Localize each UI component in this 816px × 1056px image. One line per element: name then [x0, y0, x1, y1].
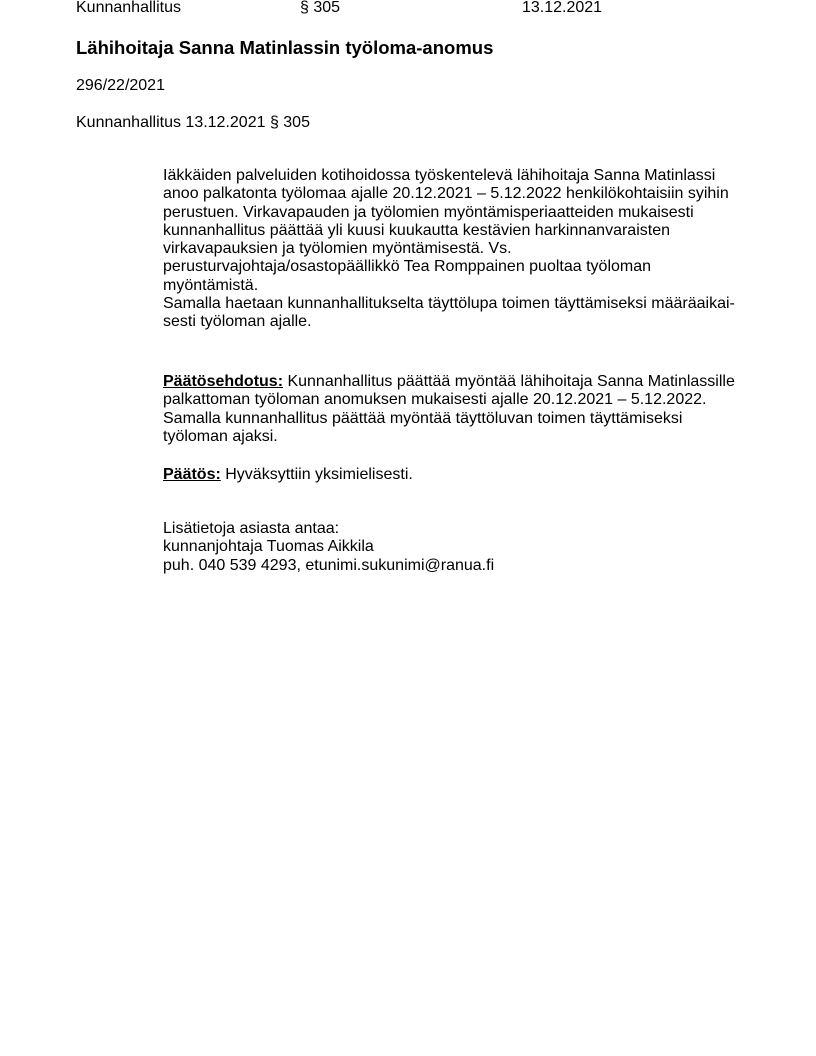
- decision-label: Päätös:: [163, 466, 221, 483]
- header-paragraph: § 305: [300, 0, 340, 18]
- header-body-name: Kunnanhallitus: [76, 0, 181, 18]
- decision-proposal: Päätösehdotus: Kunnanhallitus päättää my…: [163, 373, 763, 446]
- proposal-line: työloman ajaksi.: [163, 428, 763, 446]
- body-line: sesti työloman ajalle.: [163, 313, 763, 331]
- document-title: Lähihoitaja Sanna Matinlassin työloma-an…: [76, 37, 493, 59]
- meeting-reference: Kunnanhallitus 13.12.2021 § 305: [76, 113, 310, 133]
- decision-text: Hyväksyttiin yksimielisesti.: [221, 466, 413, 483]
- case-description: Iäkkäiden palveluiden kotihoidossa työsk…: [163, 167, 763, 332]
- contact-line: kunnanjohtaja Tuomas Aikkila: [163, 538, 763, 556]
- contact-line: puh. 040 539 4293, etunimi.sukunimi@ranu…: [163, 557, 763, 575]
- body-line: perustuen. Virkavapauden ja työlomien my…: [163, 204, 763, 222]
- proposal-text: Kunnanhallitus päättää myöntää lähihoita…: [283, 373, 735, 390]
- proposal-line: palkattoman työloman anomuksen mukaisest…: [163, 391, 763, 409]
- contact-info: Lisätietoja asiasta antaa: kunnanjohtaja…: [163, 520, 763, 575]
- header-date: 13.12.2021: [522, 0, 602, 18]
- body-line: perusturvajohtaja/osastopäällikkö Tea Ro…: [163, 258, 763, 276]
- proposal-label: Päätösehdotus:: [163, 373, 283, 390]
- diary-number: 296/22/2021: [76, 76, 165, 96]
- contact-line: Lisätietoja asiasta antaa:: [163, 520, 763, 538]
- proposal-line: Samalla kunnanhallitus päättää myöntää t…: [163, 410, 763, 428]
- body-line: Samalla haetaan kunnanhallitukselta täyt…: [163, 295, 763, 313]
- body-line: virkavapauksien ja työlomien myöntämises…: [163, 240, 763, 258]
- decision: Päätös: Hyväksyttiin yksimielisesti.: [163, 466, 763, 484]
- body-line: kunnanhallitus päättää yli kuusi kuukaut…: [163, 222, 763, 240]
- body-line: myöntämistä.: [163, 277, 763, 295]
- body-line: Iäkkäiden palveluiden kotihoidossa työsk…: [163, 167, 763, 185]
- body-line: anoo palkatonta työlomaa ajalle 20.12.20…: [163, 185, 763, 203]
